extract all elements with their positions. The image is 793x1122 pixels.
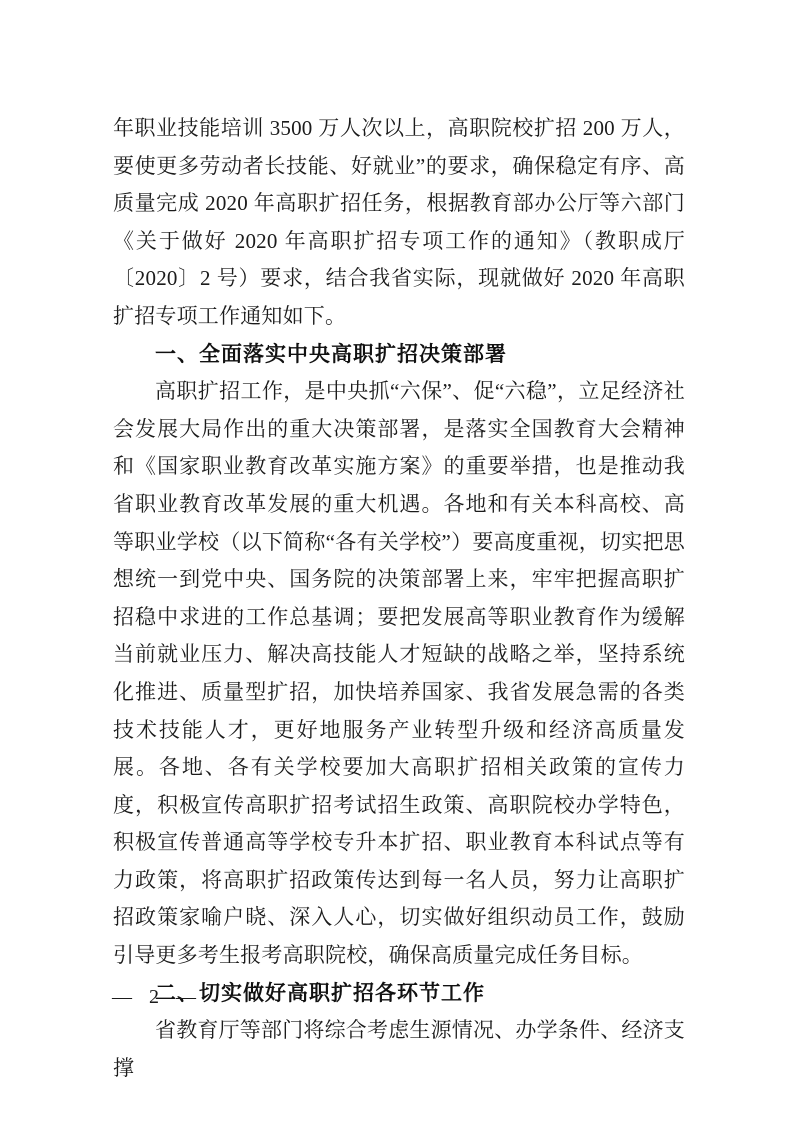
page-number: — 2 — (112, 986, 202, 1009)
paragraph-section-1: 高职扩招工作，是中央抓“六保”、促“六稳”，立足经济社会发展大局作出的重大决策部… (113, 373, 685, 975)
document-page: 年职业技能培训 3500 万人次以上，高职院校扩招 200 万人，要使更多劳动者… (0, 0, 793, 1122)
paragraph-section-2: 省教育厅等部门将综合考虑生源情况、办学条件、经济支撑 (113, 1012, 685, 1087)
paragraph-continuation: 年职业技能培训 3500 万人次以上，高职院校扩招 200 万人，要使更多劳动者… (113, 110, 685, 336)
document-body: 年职业技能培训 3500 万人次以上，高职院校扩招 200 万人，要使更多劳动者… (113, 110, 685, 1087)
section-heading-1: 一、全面落实中央高职扩招决策部署 (113, 336, 685, 374)
